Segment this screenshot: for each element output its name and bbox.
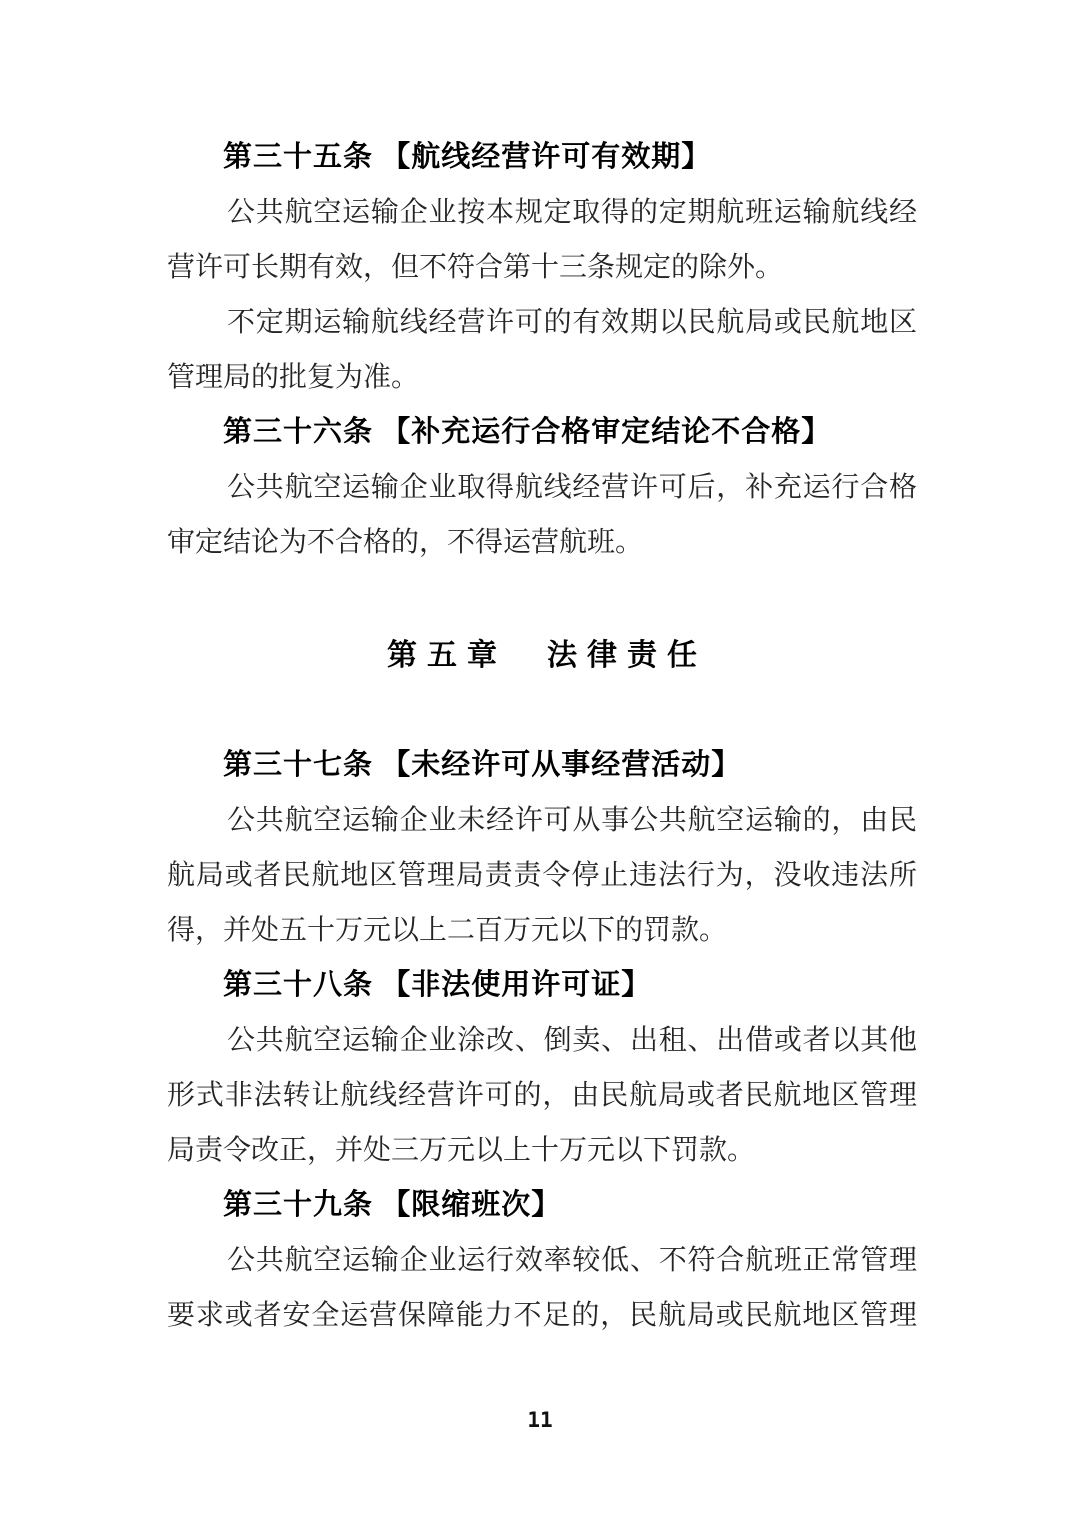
paragraph-line: 得，并处五十万元以上二百万元以下的罚款。 (167, 903, 917, 958)
paragraph-line: 公共航空运输企业取得航线经营许可后，补充运行合格 (167, 460, 917, 515)
paragraph-line: 形式非法转让航线经营许可的，由民航局或者民航地区管理 (167, 1068, 917, 1123)
article-36-heading: 第三十六条 【补充运行合格审定结论不合格】 (167, 405, 917, 460)
paragraph-line: 管理局的批复为准。 (167, 350, 917, 405)
article-35-heading: 第三十五条 【航线经营许可有效期】 (167, 130, 917, 185)
paragraph-line: 营许可长期有效，但不符合第十三条规定的除外。 (167, 240, 917, 295)
paragraph-line: 审定结论为不合格的，不得运营航班。 (167, 515, 917, 570)
paragraph-line: 公共航空运输企业按本规定取得的定期航班运输航线经 (167, 185, 917, 240)
article-39-heading: 第三十九条 【限缩班次】 (167, 1178, 917, 1233)
document-body: 第三十五条 【航线经营许可有效期】 公共航空运输企业按本规定取得的定期航班运输航… (167, 130, 917, 1343)
chapter-5-heading: 第五章 法律责任 (167, 628, 917, 683)
paragraph-line: 要求或者安全运营保障能力不足的，民航局或民航地区管理 (167, 1288, 917, 1343)
article-38-heading: 第三十八条 【非法使用许可证】 (167, 958, 917, 1013)
paragraph-line: 不定期运输航线经营许可的有效期以民航局或民航地区 (167, 295, 917, 350)
paragraph-line: 公共航空运输企业涂改、倒卖、出租、出借或者以其他 (167, 1013, 917, 1068)
paragraph-line: 航局或者民航地区管理局责责令停止违法行为，没收违法所 (167, 848, 917, 903)
paragraph-line: 局责令改正，并处三万元以上十万元以下罚款。 (167, 1123, 917, 1178)
paragraph-line: 公共航空运输企业运行效率较低、不符合航班正常管理 (167, 1233, 917, 1288)
page-number: 11 (0, 1405, 1080, 1435)
paragraph-line: 公共航空运输企业未经许可从事公共航空运输的，由民 (167, 793, 917, 848)
article-37-heading: 第三十七条 【未经许可从事经营活动】 (167, 738, 917, 793)
document-page: 第三十五条 【航线经营许可有效期】 公共航空运输企业按本规定取得的定期航班运输航… (0, 0, 1080, 1526)
